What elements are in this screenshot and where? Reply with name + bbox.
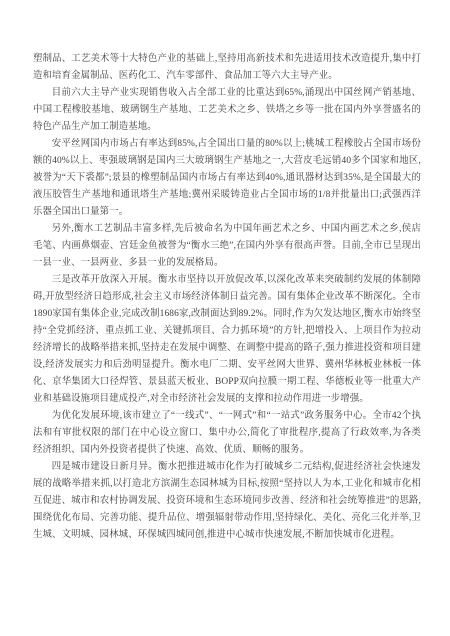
- paragraph-leading-industries: 目前六大主导产业实现销售收入占全部工业的比重达到65%,涌现出中国丝网产销基地、…: [33, 85, 421, 136]
- paragraph-reform-opening: 三是改革开放深入开展。衡水市坚持以开放促改革,以深化改革来突破制约发展的体制障碍…: [33, 272, 421, 408]
- paragraph-crafts: 另外,衡水工艺制品丰富多样,先后被命名为中国年画艺术之乡、中国内画艺术之乡,侯店…: [33, 221, 421, 272]
- paragraph-continuation: 塑制品、工艺美术等十大特色产业的基础上,坚持用高新技术和先进适用技术改造提升,集…: [33, 51, 421, 85]
- paragraph-city-construction: 四是城市建设日新月异。衡水把推进城市化作为打破城乡二元结构,促进经济社会快速发展…: [33, 459, 421, 544]
- paragraph-service-center: 为优化发展环境,该市建立了“一线式”、“一网式”和“一站式”政务服务中心。全市4…: [33, 408, 421, 459]
- document-page: 塑制品、工艺美术等十大特色产业的基础上,坚持用高新技术和先进适用技术改造提升,集…: [0, 0, 450, 636]
- document-body: 塑制品、工艺美术等十大特色产业的基础上,坚持用高新技术和先进适用技术改造提升,集…: [33, 51, 421, 544]
- paragraph-market-share: 安平丝网国内市场占有率达到85%,占全国出口量的80%以上;桃城工程橡胶占全国市…: [33, 136, 421, 221]
